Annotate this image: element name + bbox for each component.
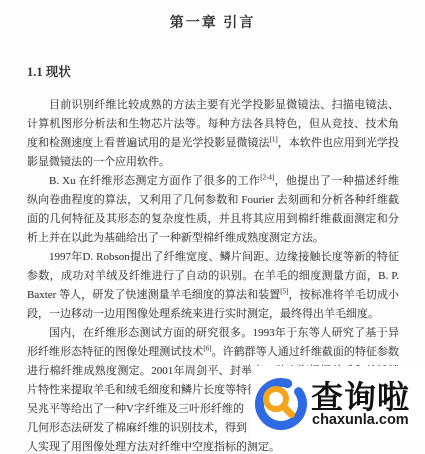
section-heading: 1.1 现状 <box>27 62 425 80</box>
watermark-site-url: chaxunla.com <box>311 412 410 428</box>
paragraph: 1997年D. Robson提出了纤维宽度、鳞片间距、边缘接触长度等新的特征参数… <box>27 248 399 324</box>
citation-ref: [6] <box>203 344 211 352</box>
document-page: 第一章 引言 1.1 现状 目前识别纤维比较成熟的方法主要有光学投影显微镜法、扫… <box>0 0 425 454</box>
paragraph: B. Xu 在纤维形态测定方面作了很多的工作[2-4]，他提出了一种描述纤维纵向… <box>27 172 399 248</box>
citation-ref: [1] <box>270 135 278 143</box>
paragraph: 目前识别纤维比较成熟的方法主要有光学投影显微镜法、扫描电镜法、计算机图形分析法和… <box>27 96 399 172</box>
watermark: 查询啦 chaxunla.com <box>251 366 425 442</box>
watermark-text: 查询啦 chaxunla.com <box>311 380 410 428</box>
watermark-brand: 查询啦 <box>311 380 410 414</box>
citation-ref: [5] <box>280 287 288 295</box>
chapter-title: 第一章 引言 <box>0 0 425 32</box>
search-magnifier-icon <box>253 375 309 433</box>
citation-ref: [2-4] <box>260 173 274 181</box>
